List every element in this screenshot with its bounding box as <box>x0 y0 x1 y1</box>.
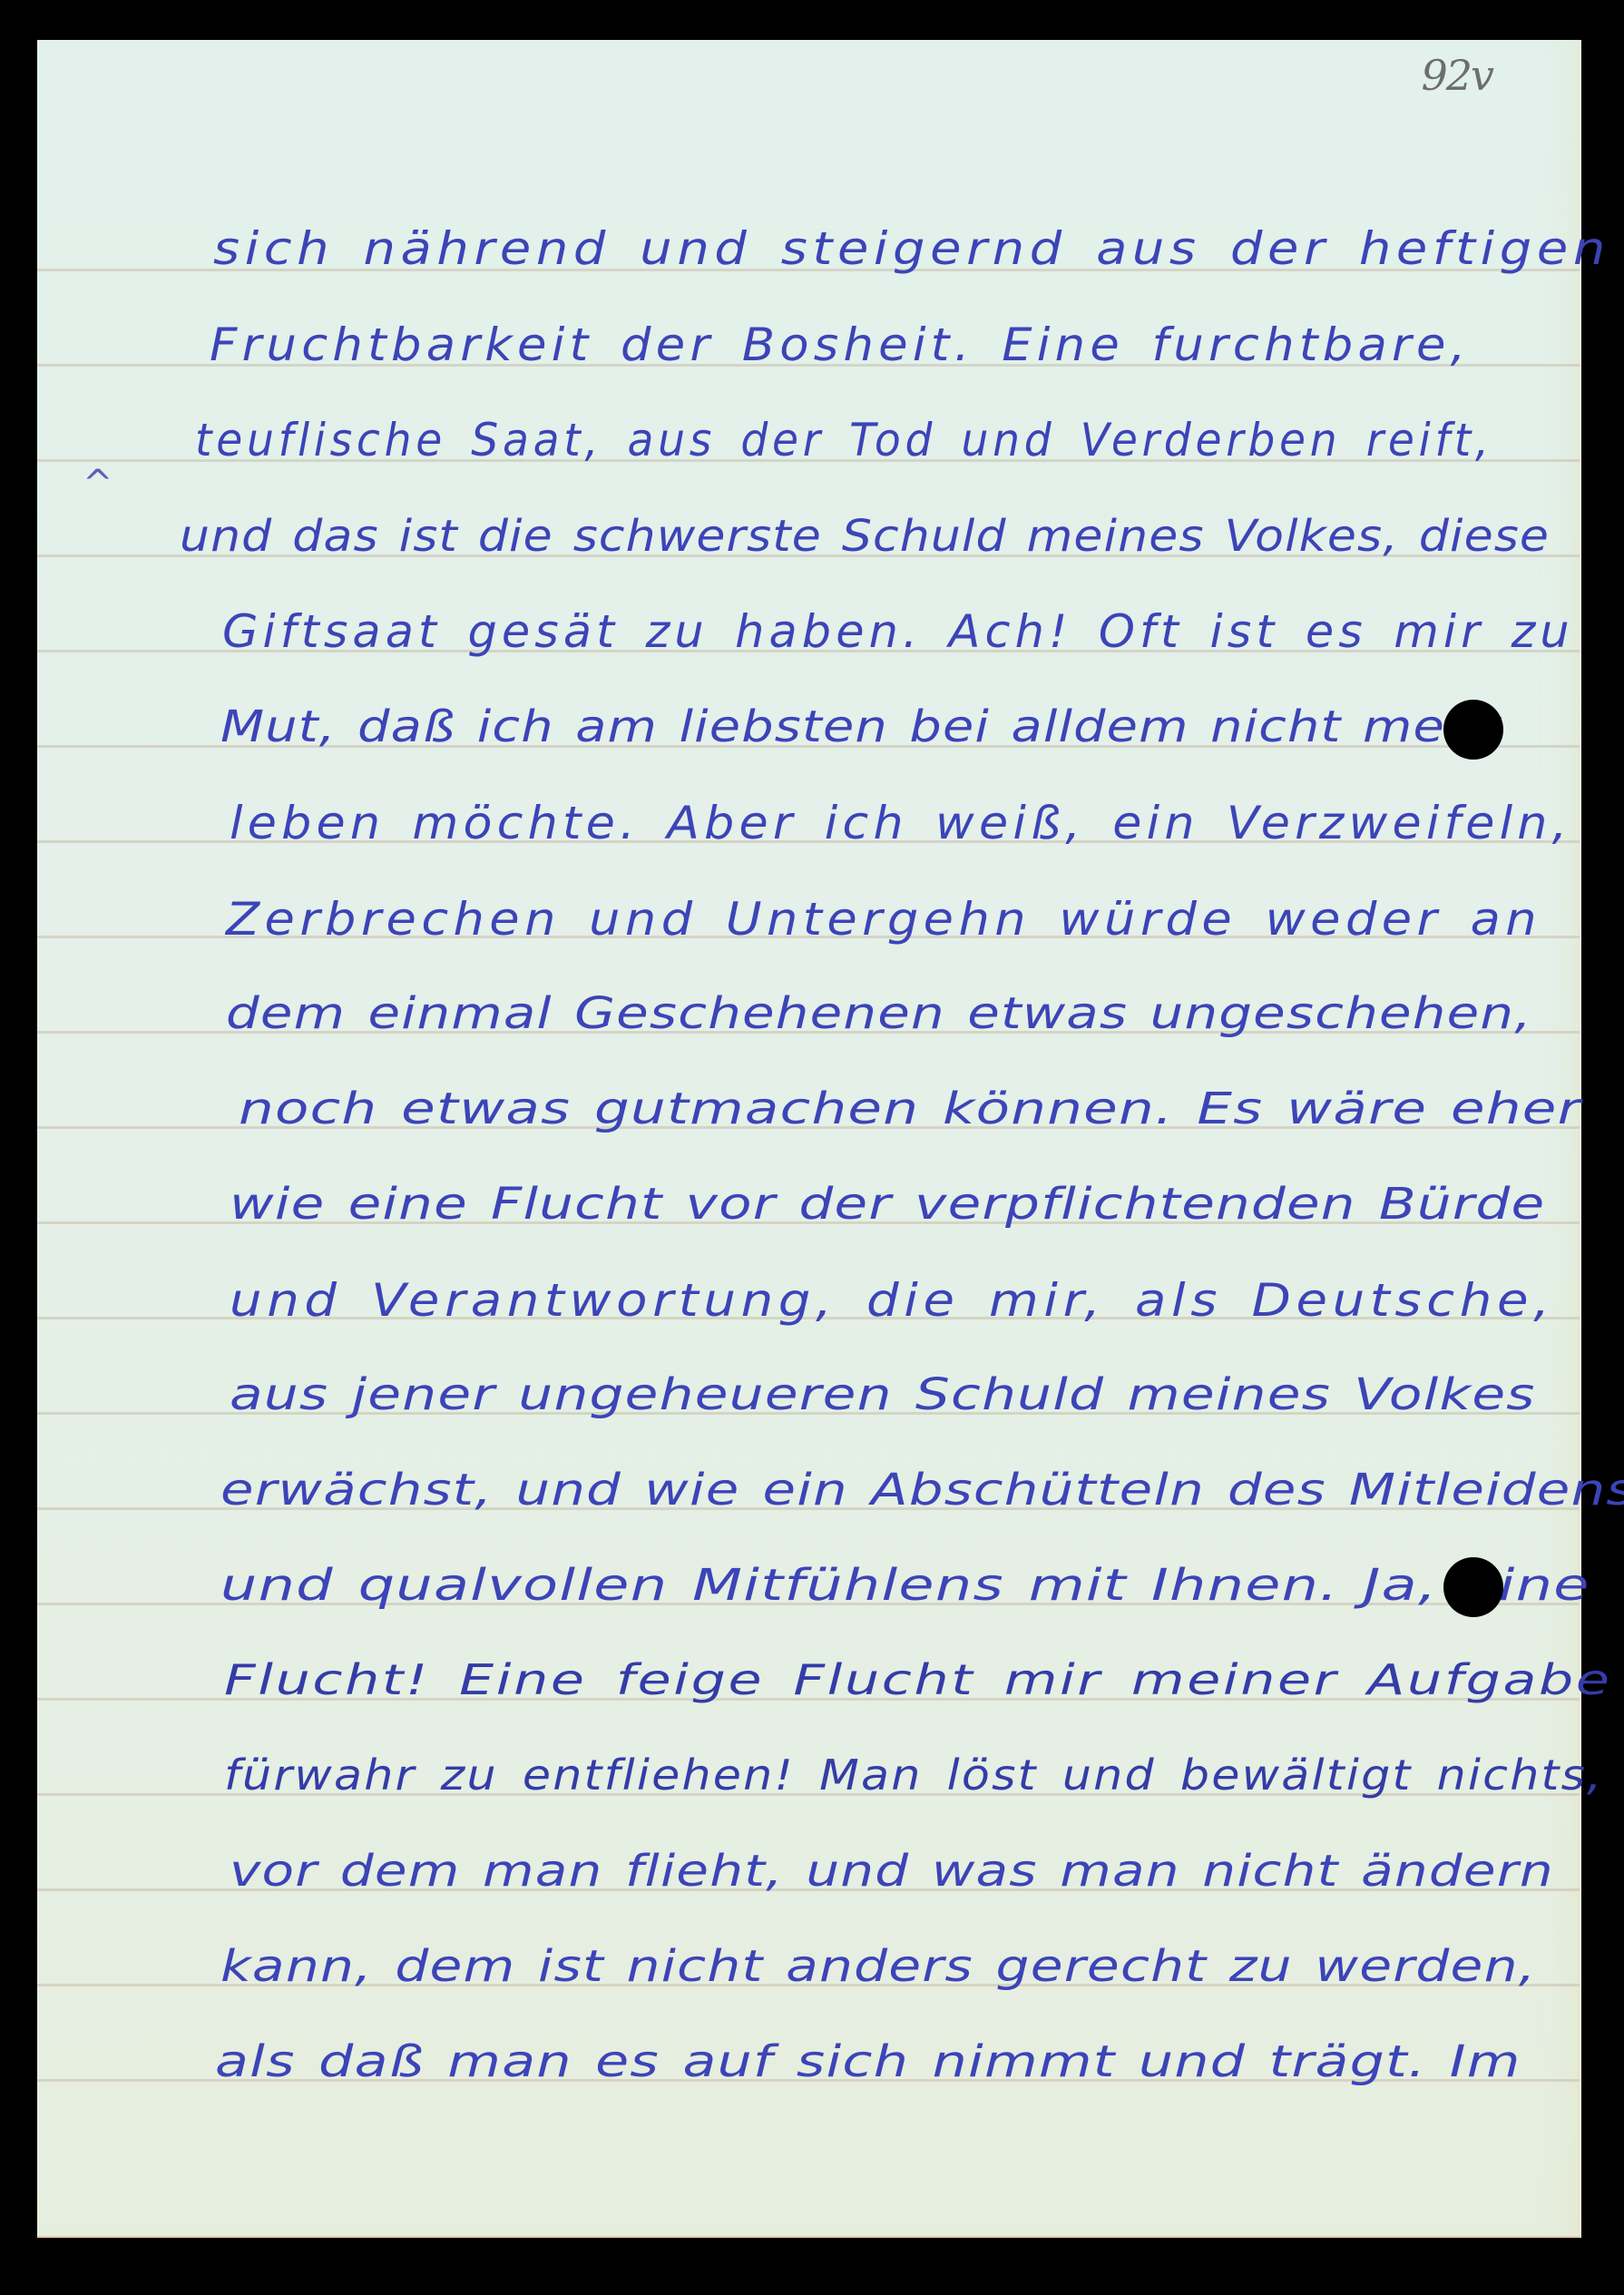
text-line-12: und Verantwortung, die mir, als Deutsche… <box>230 1278 1555 1323</box>
text-line-7: leben möchte. Aber ich weiß, ein Verzwei… <box>230 800 1571 846</box>
punch-hole-top <box>1443 700 1503 760</box>
text-line-19: kann, dem ist nicht anders gerecht zu we… <box>220 1945 1536 1988</box>
text-line-15: und qualvollen Mitfühlens mit Ihnen. Ja,… <box>220 1564 1590 1607</box>
margin-mark: ^ <box>83 463 113 505</box>
text-line-11: wie eine Flucht vor der verpflichtenden … <box>230 1182 1545 1226</box>
text-line-2: Fruchtbarkeit der Bosheit. Eine furchtba… <box>210 322 1471 368</box>
text-line-20: als daß man es auf sich nimmt und trägt.… <box>215 2040 1521 2084</box>
folio-number: 92v <box>1421 51 1492 100</box>
text-line-1: sich nährend und steigernd aus der hefti… <box>213 226 1610 271</box>
text-line-6: Mut, daß ich am liebsten bei alldem nich… <box>220 705 1500 749</box>
text-line-9: dem einmal Geschehenen etwas ungeschehen… <box>226 992 1532 1035</box>
text-line-14: erwächst, und wie ein Abschütteln des Mi… <box>220 1468 1624 1512</box>
text-line-16: Flucht! Eine feige Flucht mir meiner Auf… <box>224 1659 1612 1701</box>
text-line-18: vor dem man flieht, und was man nicht än… <box>230 1849 1554 1893</box>
text-line-5: Giftsaat gesät zu haben. Ach! Oft ist es… <box>222 609 1574 654</box>
punch-hole-bottom <box>1443 1557 1503 1617</box>
text-line-4: und das ist die schwerste Schuld meines … <box>180 515 1550 558</box>
text-line-8: Zerbrechen und Untergehn würde weder an <box>226 897 1541 942</box>
text-line-3: teuflische Saat, aus der Tod und Verderb… <box>195 417 1493 463</box>
text-line-13: aus jener ungeheueren Schuld meines Volk… <box>230 1373 1536 1417</box>
manuscript-page: 92v ^ sich nährend und steigernd aus der… <box>37 40 1581 2238</box>
text-line-10: noch etwas gutmachen können. Es wäre ehe… <box>239 1087 1581 1131</box>
text-line-17: fürwahr zu entfliehen! Man löst und bewä… <box>224 1754 1603 1796</box>
